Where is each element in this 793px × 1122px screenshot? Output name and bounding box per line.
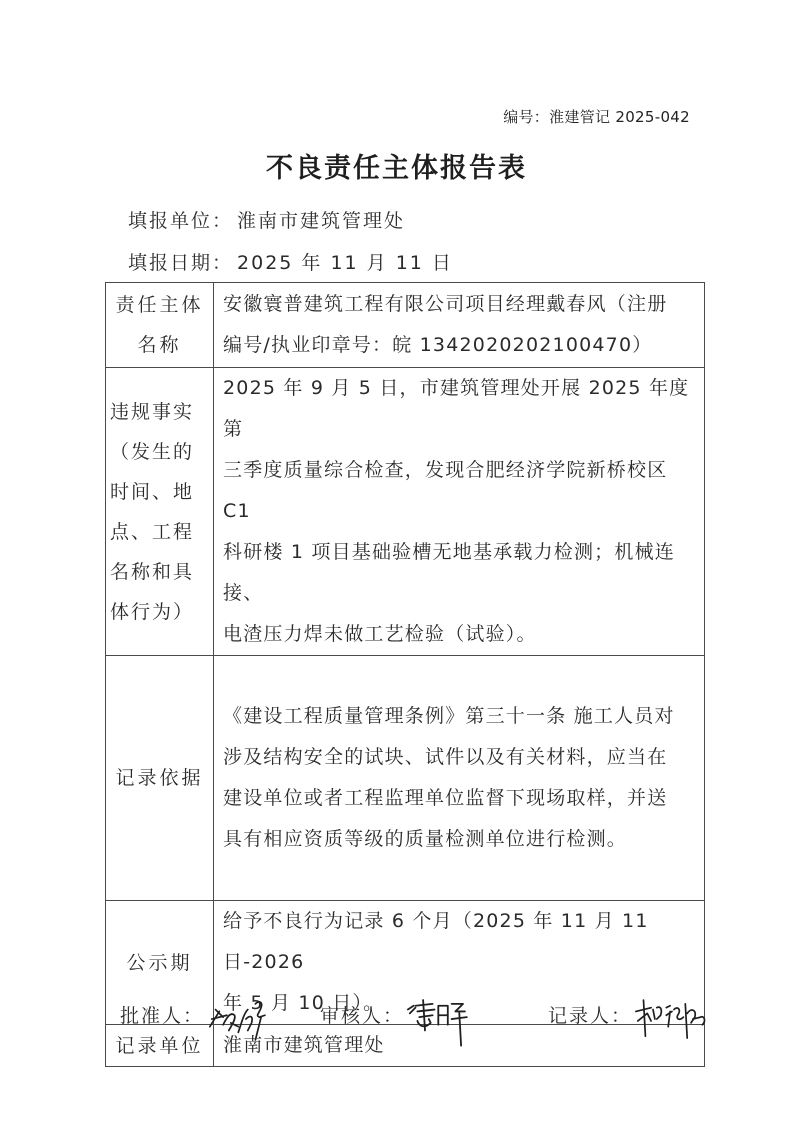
reporting-unit-value: 淮南市建筑管理处 — [237, 210, 405, 232]
reviewer-signature-icon — [406, 998, 482, 1042]
label-record-basis: 记录依据 — [106, 656, 214, 901]
label-line: 公示期 — [106, 943, 213, 983]
table-row-violation-facts: 违规事实 （发生的 时间、地 点、工程 名称和具 体行为） 2025 年 9 月… — [106, 368, 705, 656]
signature-row: 批准人： 审核人： 记录人： — [120, 992, 720, 1032]
label-responsible-subject: 责任主体 名称 — [106, 283, 214, 368]
value-line: 涉及结构安全的试块、试件以及有关材料，应当在 — [223, 737, 698, 778]
reviewer-label: 审核人： — [320, 1001, 404, 1028]
value-record-basis: 《建设工程质量管理条例》第三十一条 施工人员对 涉及结构安全的试块、试件以及有关… — [214, 656, 705, 901]
label-line: 点、工程 — [110, 512, 213, 552]
value-line: 三季度质量综合检查，发现合肥经济学院新桥校区 C1 — [223, 450, 698, 532]
value-line: 编号/执业印章号：皖 1342020202100470） — [223, 325, 698, 366]
value-line: 给予不良行为记录 6 个月（2025 年 11 月 11 日-2026 — [223, 901, 698, 983]
recorder-signature-block: 记录人： — [548, 992, 710, 1036]
reviewer-signature-block: 审核人： — [320, 992, 482, 1036]
recorder-label: 记录人： — [548, 1001, 632, 1028]
recorder-signature-icon — [634, 998, 710, 1042]
value-line: 安徽寰普建筑工程有限公司项目经理戴春风（注册 — [223, 284, 698, 325]
value-line: 建设单位或者工程监理单位监督下现场取样，并送 — [223, 778, 698, 819]
table-row-record-basis: 记录依据 《建设工程质量管理条例》第三十一条 施工人员对 涉及结构安全的试块、试… — [106, 656, 705, 901]
approver-label: 批准人： — [120, 1001, 204, 1028]
label-violation-facts: 违规事实 （发生的 时间、地 点、工程 名称和具 体行为） — [106, 368, 214, 656]
reporting-date-value: 2025 年 11 月 11 日 — [237, 252, 453, 274]
label-line: 违规事实 — [110, 392, 213, 432]
value-line: 《建设工程质量管理条例》第三十一条 施工人员对 — [223, 696, 698, 737]
reporting-unit-line: 填报单位：淮南市建筑管理处 — [128, 206, 405, 233]
value-line: 具有相应资质等级的质量检测单位进行检测。 — [223, 819, 698, 860]
label-line: 责任主体 — [106, 285, 213, 325]
label-line: （发生的 — [110, 432, 213, 472]
value-violation-facts: 2025 年 9 月 5 日，市建筑管理处开展 2025 年度第 三季度质量综合… — [214, 368, 705, 656]
value-line: 科研楼 1 项目基础验槽无地基承载力检测；机械连接、 — [223, 532, 698, 614]
reporting-date-label: 填报日期： — [128, 252, 233, 274]
document-number: 编号：淮建管记 2025-042 — [503, 106, 690, 127]
approver-signature-icon — [206, 998, 282, 1042]
label-line: 时间、地 — [110, 472, 213, 512]
label-line: 名称 — [106, 325, 213, 365]
label-line: 名称和具 — [110, 552, 213, 592]
approver-signature-block: 批准人： — [120, 992, 282, 1036]
reporting-unit-label: 填报单位： — [128, 210, 233, 232]
report-table: 责任主体 名称 安徽寰普建筑工程有限公司项目经理戴春风（注册 编号/执业印章号：… — [105, 282, 705, 1067]
value-line: 电渣压力焊未做工艺检验（试验）。 — [223, 614, 698, 655]
table-row-responsible-subject: 责任主体 名称 安徽寰普建筑工程有限公司项目经理戴春风（注册 编号/执业印章号：… — [106, 283, 705, 368]
label-line: 体行为） — [110, 592, 213, 632]
reporting-date-line: 填报日期：2025 年 11 月 11 日 — [128, 248, 453, 275]
value-line: 2025 年 9 月 5 日，市建筑管理处开展 2025 年度第 — [223, 368, 698, 450]
label-line: 记录依据 — [106, 758, 213, 798]
page-title: 不良责任主体报告表 — [0, 146, 793, 185]
value-responsible-subject: 安徽寰普建筑工程有限公司项目经理戴春风（注册 编号/执业印章号：皖 134202… — [214, 283, 705, 368]
